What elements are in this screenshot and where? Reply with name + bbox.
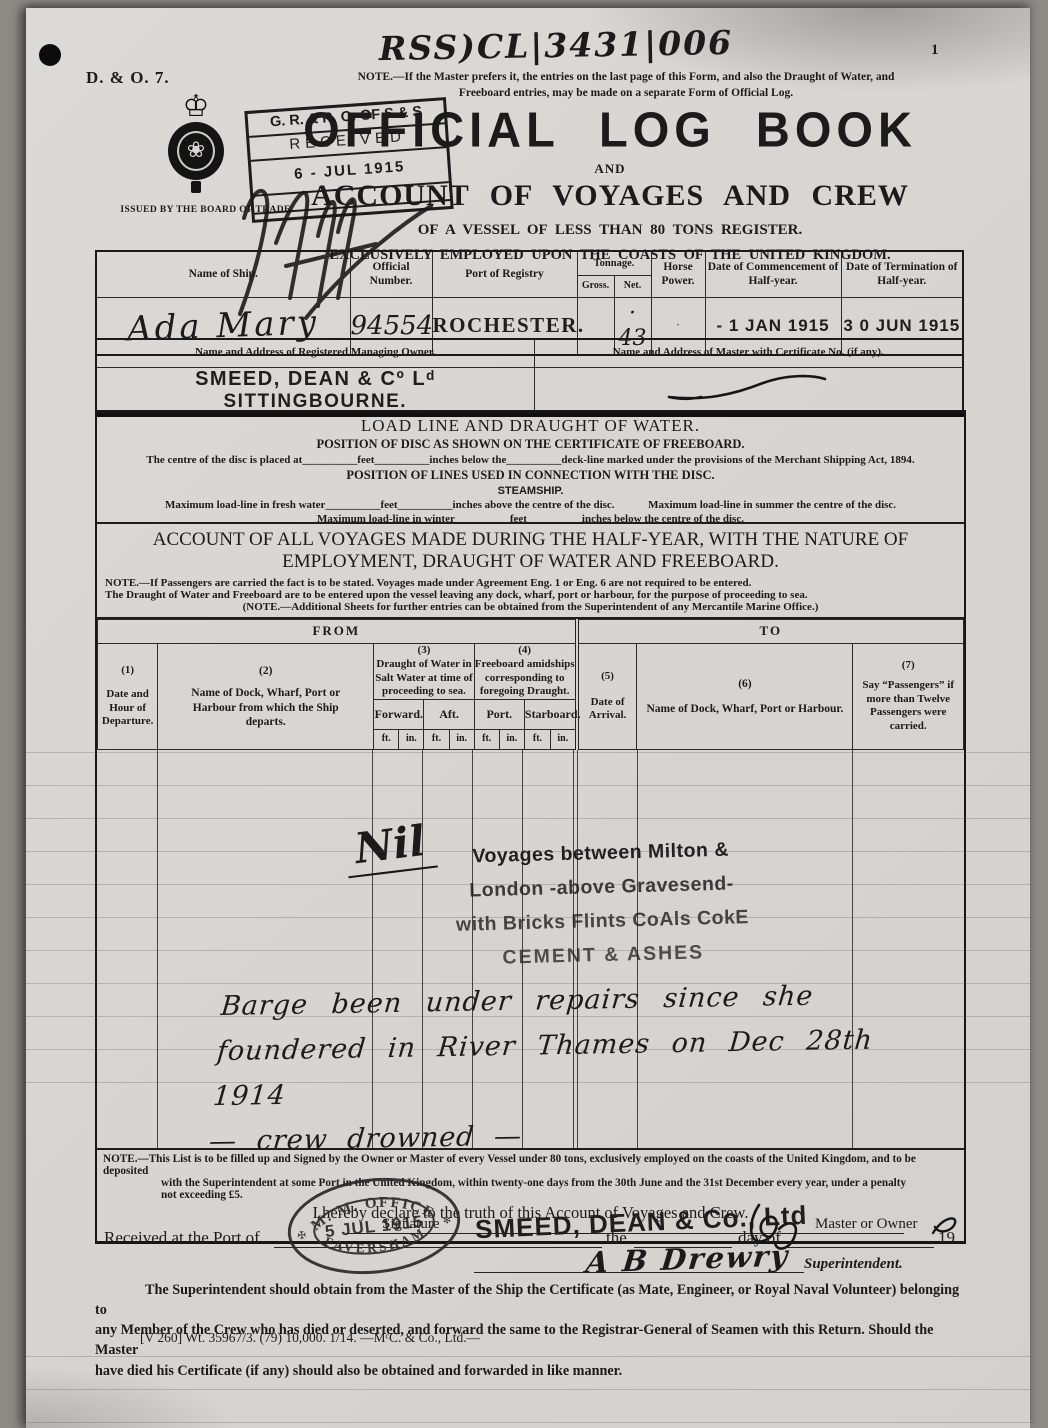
load-line-section: LOAD LINE AND DRAUGHT OF WATER. POSITION… [97,413,964,524]
hdr-official-number: Official Number. [350,251,432,297]
year-prefix: 19 [938,1228,955,1248]
hdr-tonnage: Tonnage. [577,251,651,275]
col3a-label: Forward. [374,700,424,730]
port-stamp: ROCHESTER. [433,313,585,337]
in-cell: in. [499,730,524,750]
voyage-table-header: FROM TO (1) Date and Hour of Departure. … [97,619,964,750]
col1-label: Date and Hour of Departure. [98,688,157,729]
fresh-water-line: Maximum load-line in fresh water________… [165,499,615,511]
document-page: D. & O. 7. RSS)CL|3431|006 1 NOTE.—If th… [26,8,1030,1428]
col7-num: (7) [853,659,963,673]
disc-position-line: The centre of the disc is placed at_____… [97,454,964,466]
crown-icon: ♔ [154,94,238,120]
ft-cell: ft. [424,730,449,750]
account-note3: (NOTE.—Additional Sheets for further ent… [97,601,964,613]
hdr-managing-owner: Name and Address of Registered Managing … [96,339,534,367]
ft-cell: ft. [524,730,550,750]
hdr-net: Net. [614,275,651,297]
col1-header: (1) Date and Hour of Departure. [98,644,158,750]
hdr-name-of-ship: Name of Ship. [96,251,350,297]
main-title: OFFICIAL LOG BOOK [240,101,980,158]
col7-label: Say “Passengers” if more than Twelve Pas… [853,679,963,734]
hdr-horse-power: Horse Power. [651,251,705,297]
subtitle: ACCOUNT OF VOYAGES AND CREW [240,179,980,213]
col5-num: (5) [579,670,637,684]
superintendent-blank-line [474,1272,804,1273]
sup-note-line3: have died his Certificate (if any) shoul… [95,1361,965,1381]
vessel-line: OF A VESSEL OF LESS THAN 80 TONS REGISTE… [240,222,980,239]
value-managing-owner: SMEED, DEAN & Cº Lᵈ SITTINGBOURNE. [96,367,534,415]
col2-header: (2) Name of Dock, Wharf, Port or Harbour… [158,644,374,750]
commencement-stamp: - 1 JAN 1915 [716,316,829,335]
col4-header: (4) Freeboard amidships corresponding to… [474,644,577,700]
page-number: 1 [931,42,939,59]
sup-note-line1: The Superintendent should obtain from th… [95,1280,965,1320]
account-heading-line1: ACCOUNT OF ALL VOYAGES MADE DURING THE H… [97,529,964,551]
master-or-owner-label: Master or Owner [815,1216,917,1233]
oval-stamp-left-mark: ✠ [297,1230,306,1242]
top-note: NOTE.—If the Master prefers it, the entr… [276,70,976,101]
col3-label: Draught of Water in Salt Water at time o… [374,658,473,699]
in-cell: in. [399,730,424,750]
load-line-subtitle: POSITION OF DISC AS SHOWN ON THE CERTIFI… [97,437,964,452]
from-label: FROM [98,620,577,644]
account-note2: The Draught of Water and Freeboard are t… [105,589,964,601]
col4-num: (4) [475,644,575,658]
hdr-gross: Gross. [577,275,614,297]
col6-label: Name of Dock, Wharf, Port or Harbour. [637,702,852,716]
received-at-label: Received at the Port of [104,1228,260,1248]
superintendent-signature-handwritten: A B Drewry [584,1238,791,1279]
garter-badge-icon: ❀ [168,122,224,180]
col3-num: (3) [374,644,473,658]
termination-stamp: 3 0 JUN 1915 [843,316,960,335]
col1-num: (1) [98,664,157,678]
masthead: OFFICIAL LOG BOOK AND ACCOUNT OF VOYAGES… [240,102,980,264]
hdr-commencement: Date of Commencement of Half-year. [705,251,841,297]
col4b-label: Starboard. [524,700,576,730]
col7-header: (7) Say “Passengers” if more than Twelve… [853,644,964,750]
superintendent-label: Superintendent. [804,1256,903,1273]
col6-num: (6) [637,677,852,691]
month-blank [784,1247,934,1248]
account-section: ACCOUNT OF ALL VOYAGES MADE DURING THE H… [97,524,964,619]
col4a-label: Port. [474,700,524,730]
rose-icon: ❀ [168,137,224,163]
ft-cell: ft. [374,730,399,750]
voyage-route-stamp: Voyages between Milton & London -above G… [375,830,828,978]
bottom-note-line1: NOTE.—This List is to be filled up and S… [103,1153,958,1177]
voyage-table-body: Nil Voyages between Milton & London -abo… [97,750,964,1148]
col2-num: (2) [158,664,373,678]
col6-header: (6) Name of Dock, Wharf, Port or Harbour… [637,644,853,750]
archive-reference-handwritten: RSS)CL|3431|006 [316,22,797,69]
mm-office-oval-stamp: M. M. OFFICE FAVERSHAM 5 JUL 1915 ✠ ✻ [279,1167,468,1285]
ft-cell: ft. [474,730,499,750]
punch-hole [39,44,61,66]
load-line-title: LOAD LINE AND DRAUGHT OF WATER. [97,416,964,436]
fresh-summer-row: Maximum load-line in fresh water________… [97,499,964,511]
printer-imprint: [V 260] Wt. 35967/3. (79) 10,000. 1/14. … [140,1330,480,1346]
account-heading-line2: EMPLOYMENT, DRAUGHT OF WATER AND FREEBOA… [97,551,964,573]
form-code: D. & O. 7. [86,68,170,88]
oval-stamp-right-mark: ✻ [442,1215,451,1227]
hdr-termination: Date of Termination of Half-year. [841,251,963,297]
steamship-label: STEAMSHIP. [97,485,964,497]
top-note-line1: NOTE.—If the Master prefers it, the entr… [276,70,976,86]
to-label: TO [577,620,964,644]
value-master [534,367,963,415]
handwritten-flourish [663,371,833,405]
crest-pendant [191,181,201,193]
repairs-line2: foundered in River Thames on Dec 28th 19… [211,1017,919,1119]
in-cell: in. [551,730,577,750]
hdr-port-of-registry: Port of Registry [432,251,577,297]
in-cell: in. [449,730,474,750]
official-number-handwritten: 94554 [351,311,434,341]
owner-stamp-line1: SMEED, DEAN & Cº Lᵈ [97,368,534,391]
repairs-note-handwritten: Barge been under repairs since she found… [207,972,923,1165]
col3-header: (3) Draught of Water in Salt Water at ti… [374,644,474,700]
top-note-line2: Freeboard entries, may be made on a sepa… [276,86,976,102]
lines-position-line: POSITION OF LINES USED IN CONNECTION WIT… [97,468,964,483]
hdr-master: Name and Address of Master with Certific… [534,339,963,367]
account-note1: NOTE.—If Passengers are carried the fact… [105,577,964,589]
col5-header: (5) Date of Arrival. [577,644,637,750]
col3b-label: Aft. [424,700,474,730]
col5-label: Date of Arrival. [579,696,637,724]
col2-label: Name of Dock, Wharf, Port or Harbour fro… [158,686,373,729]
summer-line: Maximum load-line in summer the centre o… [648,499,896,511]
owner-master-table: Name and Address of Registered Managing … [95,338,964,417]
col4-label: Freeboard amidships corresponding to for… [475,658,575,699]
and-label: AND [240,161,980,177]
main-form-box: LOAD LINE AND DRAUGHT OF WATER. POSITION… [95,410,966,1244]
